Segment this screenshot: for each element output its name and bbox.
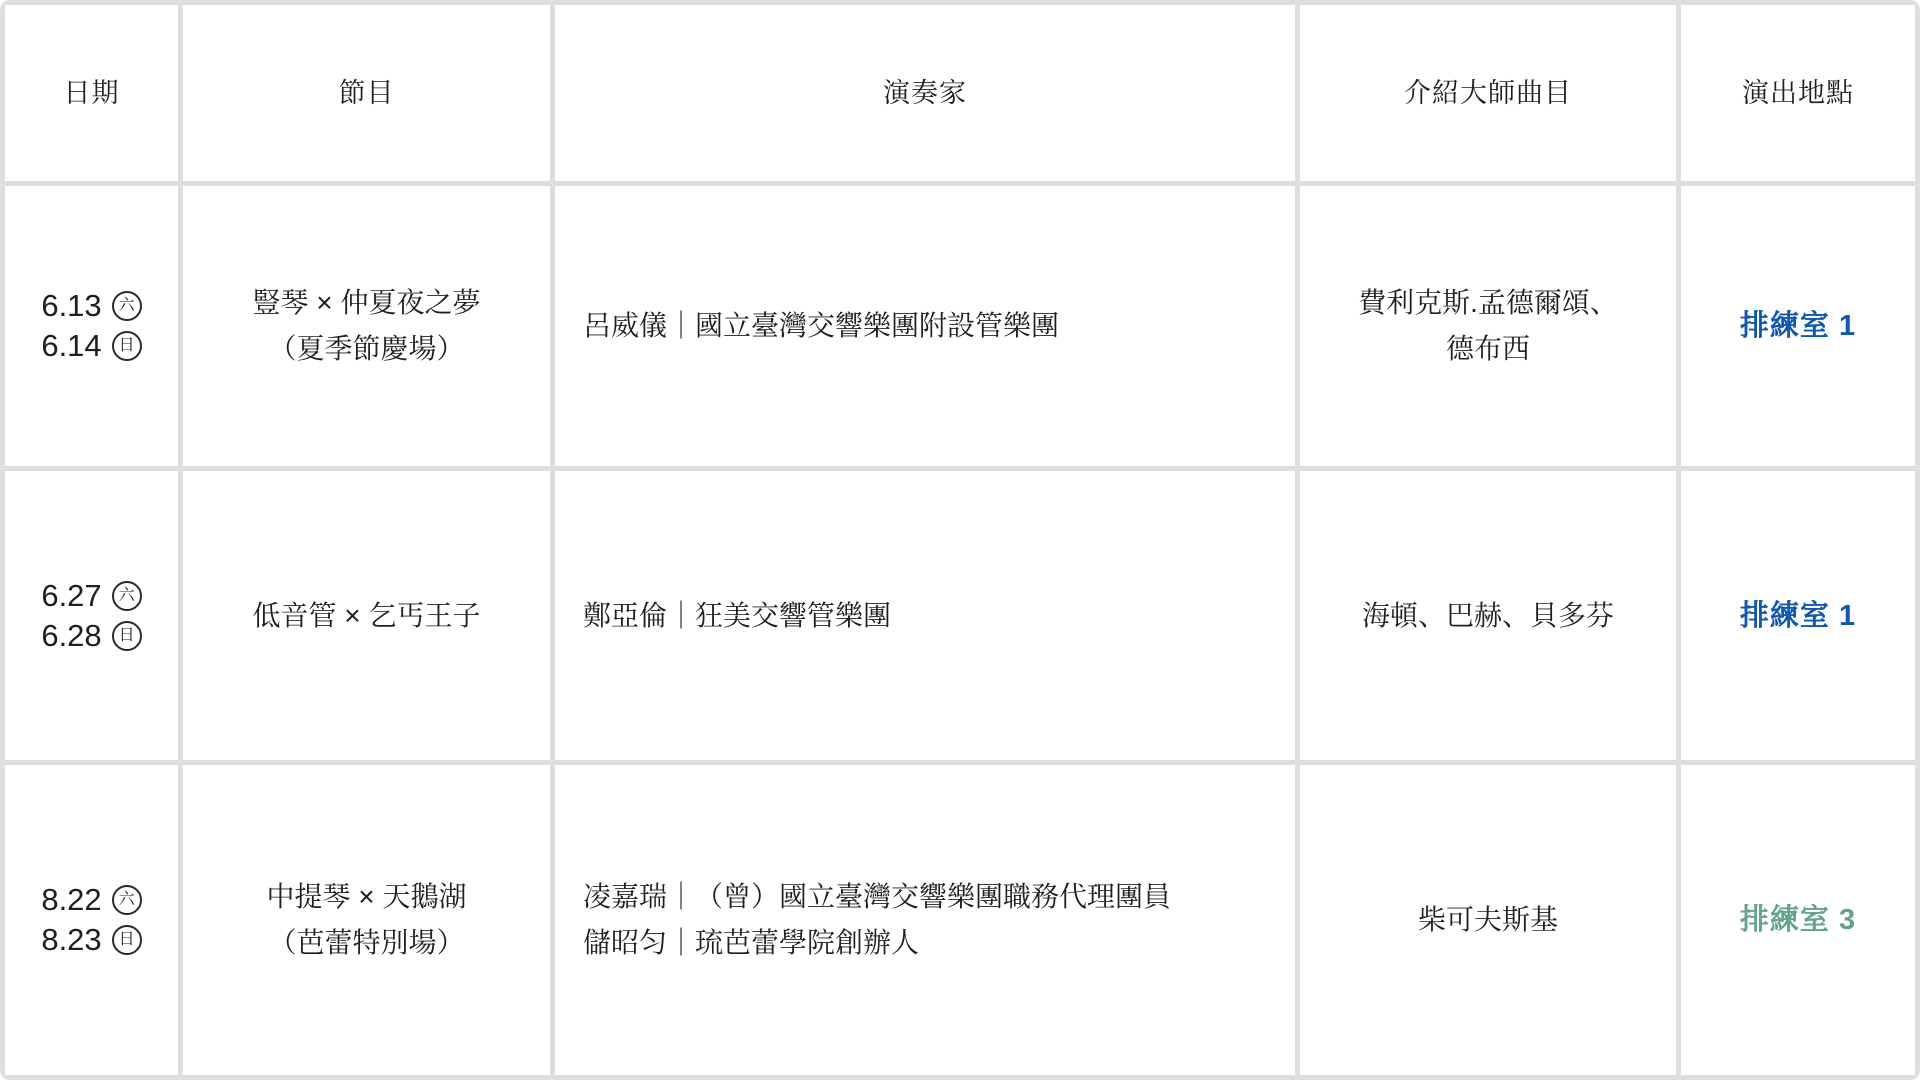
performers-cell: 呂威儀｜國立臺灣交響樂團附設管樂團 [555,186,1295,466]
date-line: 6.14 日 [41,326,141,366]
date-line: 6.13 六 [41,286,141,326]
header-performers: 演奏家 [555,5,1295,181]
performers-cell: 鄭亞倫｜狂美交響管樂團 [555,471,1295,760]
performer-line: 呂威儀｜國立臺灣交響樂團附設管樂團 [583,303,1059,349]
venue-cell: 排練室 1 [1681,186,1915,466]
master-works-cell: 費利克斯.孟德爾頌、 德布西 [1300,186,1676,466]
performer-line: 凌嘉瑞｜（曾）國立臺灣交響樂團職務代理團員 [583,874,1171,920]
saturday-circle-icon: 六 [112,885,142,915]
program-subtitle: （芭蕾特別場） [268,920,464,966]
header-master-works: 介紹大師曲目 [1300,5,1676,181]
program-title: 豎琴 × 仲夏夜之夢 [253,280,481,326]
date-cell: 8.22 六 8.23 日 [5,765,178,1075]
header-venue: 演出地點 [1681,5,1915,181]
venue-cell: 排練室 1 [1681,471,1915,760]
master-works-line: 海頓、巴赫、貝多芬 [1362,593,1614,639]
performers-cell: 凌嘉瑞｜（曾）國立臺灣交響樂團職務代理團員 儲昭匀｜琉芭蕾學院創辦人 [555,765,1295,1075]
concert-schedule-table: 日期 節目 演奏家 介紹大師曲目 演出地點 6.13 六 6.14 日 豎琴 ×… [0,0,1920,1080]
date-cell: 6.27 六 6.28 日 [5,471,178,760]
master-works-line: 費利克斯.孟德爾頌、 [1358,280,1618,326]
date-line: 8.23 日 [41,920,141,960]
venue-cell: 排練室 3 [1681,765,1915,1075]
program-title: 低音管 × 乞丐王子 [253,593,481,639]
date-line: 6.27 六 [41,576,141,616]
program-cell: 豎琴 × 仲夏夜之夢 （夏季節慶場） [183,186,550,466]
date-text: 6.28 [41,613,101,659]
program-subtitle: （夏季節慶場） [268,326,464,372]
header-date: 日期 [5,5,178,181]
master-works-line: 德布西 [1446,326,1530,372]
saturday-circle-icon: 六 [112,581,142,611]
master-works-cell: 柴可夫斯基 [1300,765,1676,1075]
date-line: 8.22 六 [41,880,141,920]
sunday-circle-icon: 日 [112,621,142,651]
performer-line: 鄭亞倫｜狂美交響管樂團 [583,593,891,639]
saturday-circle-icon: 六 [112,291,142,321]
date-text: 8.23 [41,917,101,963]
date-line: 6.28 日 [41,616,141,656]
program-title: 中提琴 × 天鵝湖 [267,874,467,920]
venue-link[interactable]: 排練室 1 [1740,593,1856,639]
program-cell: 中提琴 × 天鵝湖 （芭蕾特別場） [183,765,550,1075]
venue-link[interactable]: 排練室 1 [1740,303,1856,349]
header-program: 節目 [183,5,550,181]
program-cell: 低音管 × 乞丐王子 [183,471,550,760]
sunday-circle-icon: 日 [112,331,142,361]
master-works-cell: 海頓、巴赫、貝多芬 [1300,471,1676,760]
date-cell: 6.13 六 6.14 日 [5,186,178,466]
sunday-circle-icon: 日 [112,925,142,955]
performer-line: 儲昭匀｜琉芭蕾學院創辦人 [583,920,919,966]
master-works-line: 柴可夫斯基 [1418,897,1558,943]
venue-link[interactable]: 排練室 3 [1740,897,1856,943]
date-text: 6.14 [41,323,101,369]
